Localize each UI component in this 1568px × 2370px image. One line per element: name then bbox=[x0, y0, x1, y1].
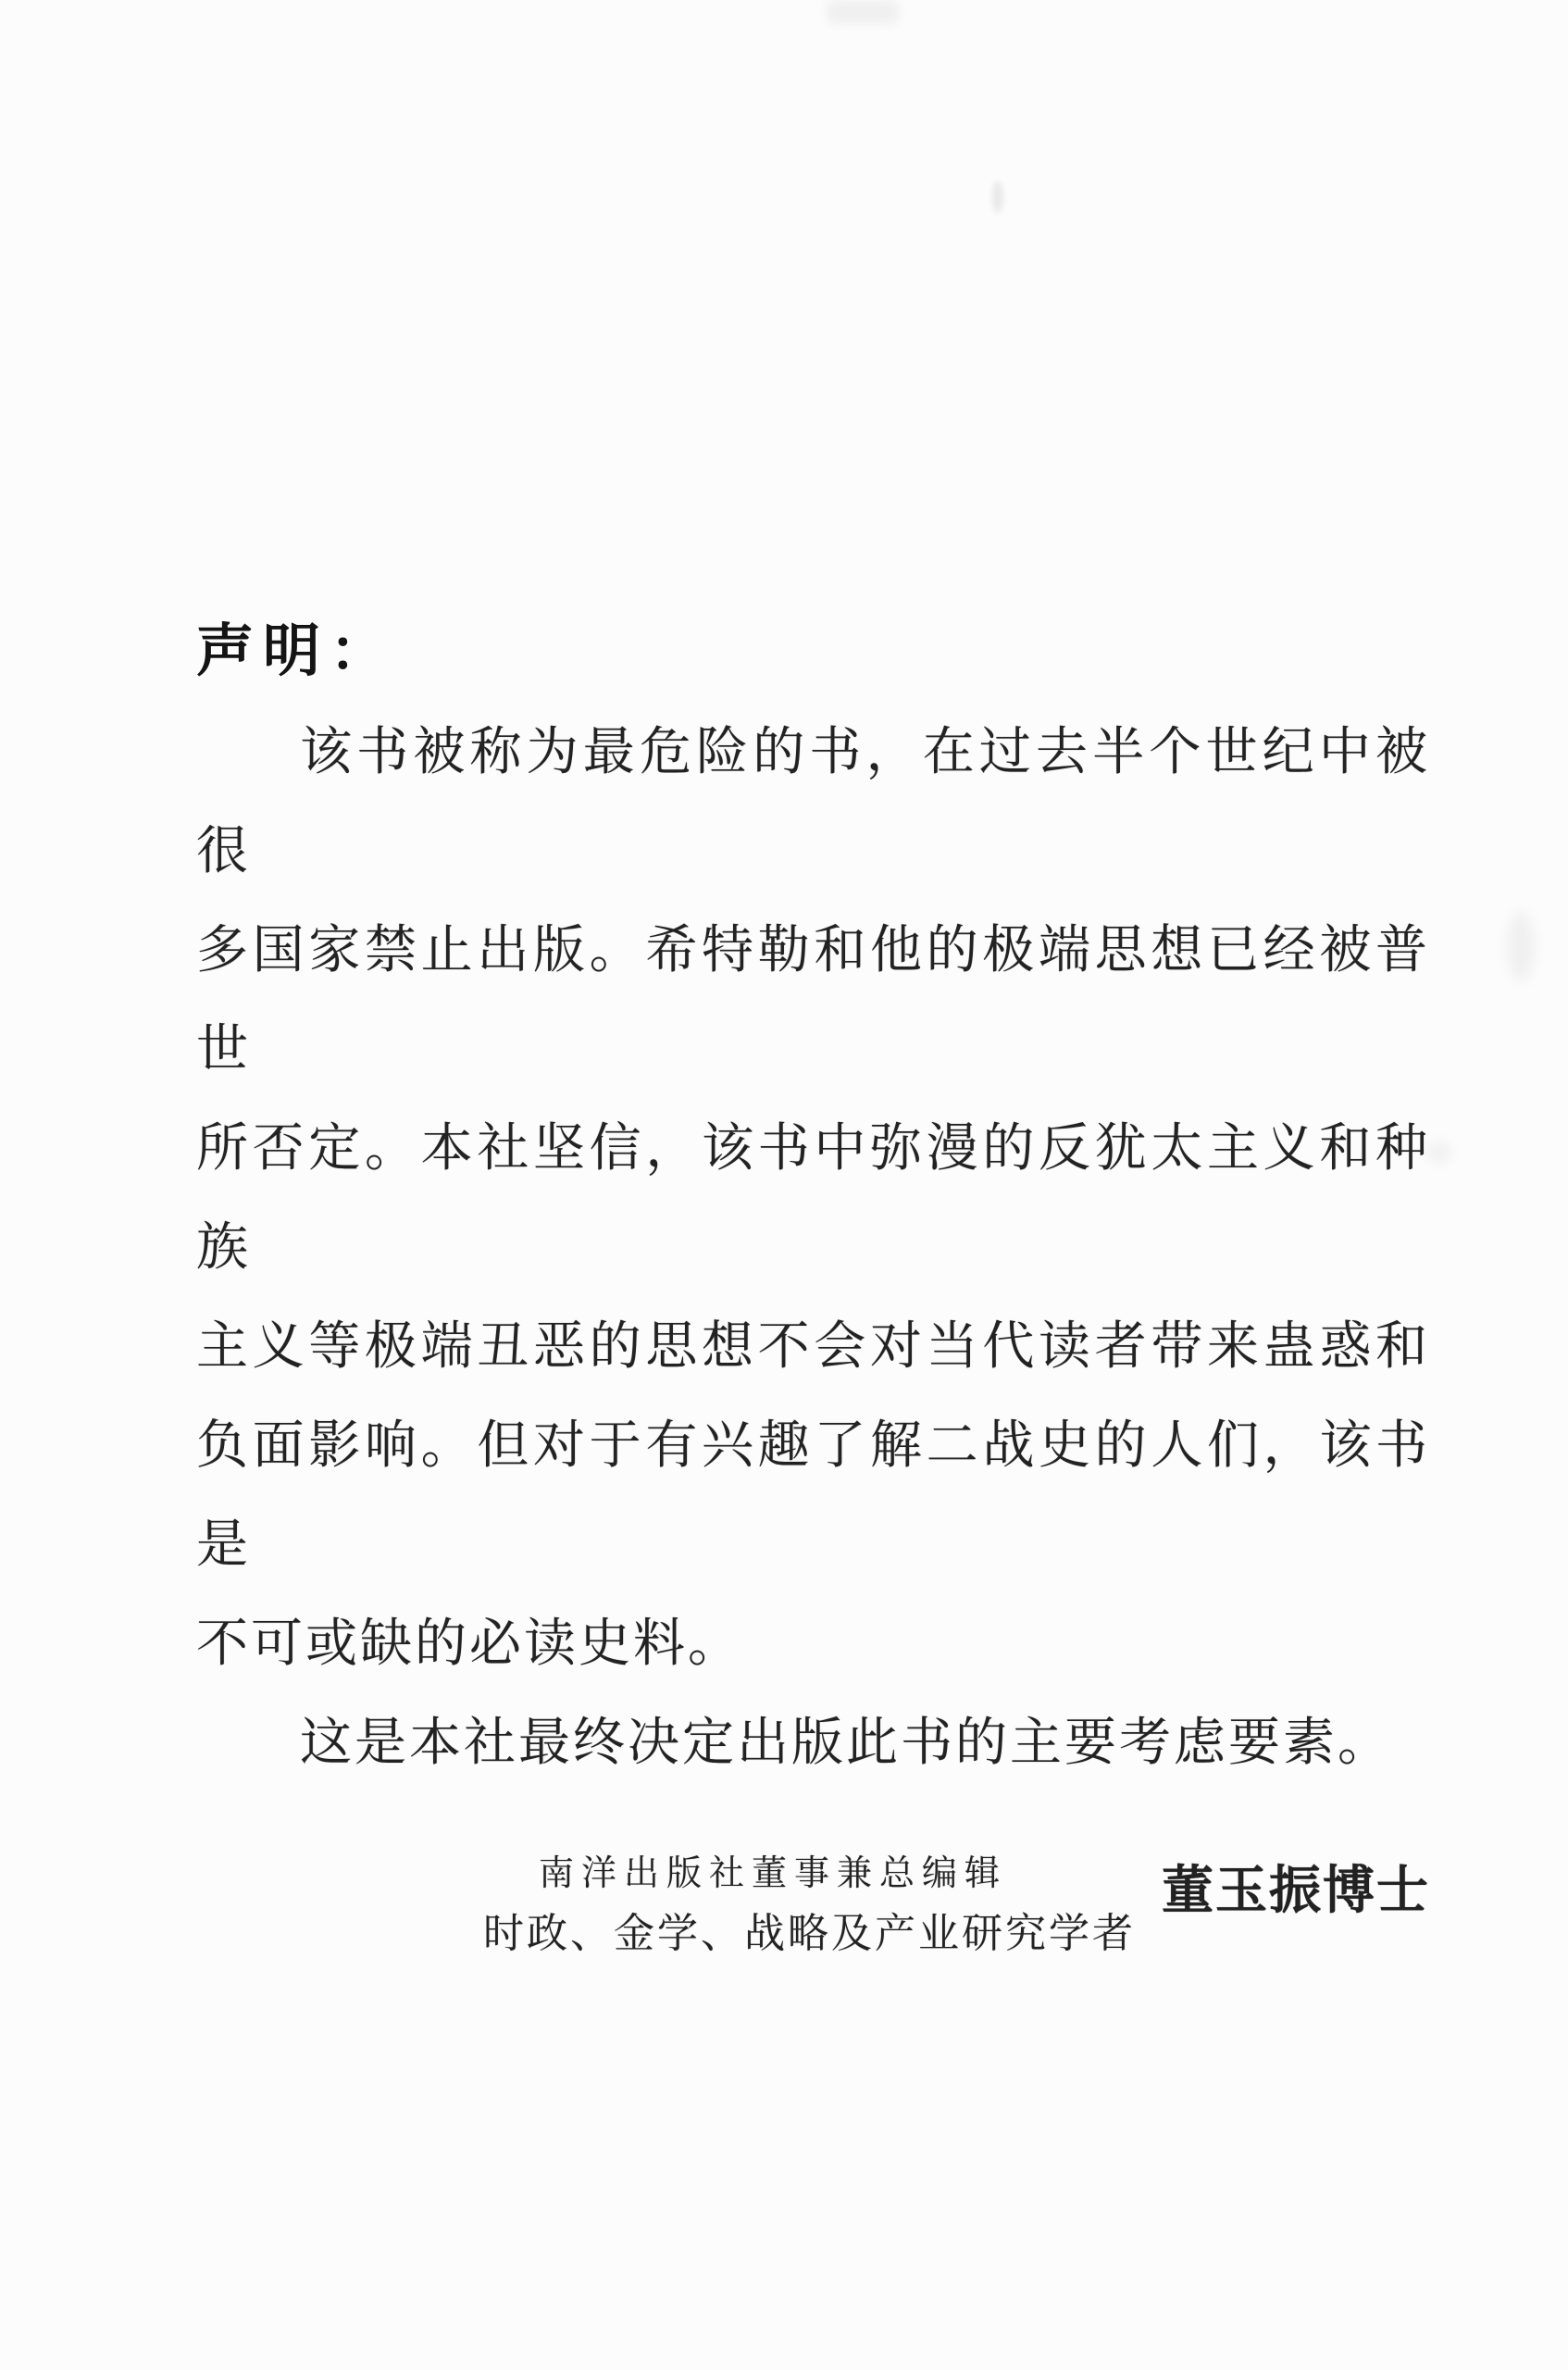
scan-artifact bbox=[992, 181, 1003, 213]
paragraph2-line-1: 这是本社最终决定出版此书的主要考虑要素。 bbox=[196, 1694, 1430, 1793]
statement-heading: 声明： bbox=[196, 618, 1430, 685]
scan-artifact bbox=[827, 0, 899, 24]
scan-artifact bbox=[1427, 1141, 1451, 1165]
scan-artifact bbox=[1507, 912, 1535, 981]
paragraph1-line-2: 多国家禁止出版。希特勒和他的极端思想已经被普世 bbox=[196, 902, 1430, 1100]
paragraph1-line-6: 不可或缺的必读史料。 bbox=[196, 1595, 1430, 1694]
paragraph1-line-1: 该书被称为最危险的书，在过去半个世纪中被很 bbox=[196, 704, 1430, 902]
signature-block: 南洋出版社董事兼总编辑 时政、金学、战略及产业研究学者 董玉振博士 bbox=[196, 1851, 1430, 1958]
statement-content: 声明： 该书被称为最危险的书，在过去半个世纪中被很 多国家禁止出版。希特勒和他的… bbox=[196, 618, 1430, 1958]
scholar-title: 时政、金学、战略及产业研究学者 bbox=[483, 1910, 1136, 1958]
signature-titles: 南洋出版社董事兼总编辑 时政、金学、战略及产业研究学者 bbox=[483, 1851, 1136, 1958]
paragraph1-line-5: 负面影响。但对于有兴趣了解二战史的人们，该书是 bbox=[196, 1397, 1430, 1595]
paragraph1-line-4: 主义等极端丑恶的思想不会对当代读者带来蛊惑和 bbox=[196, 1298, 1430, 1397]
paragraph1-line-3: 所否定。本社坚信，该书中弥漫的反犹太主义和种族 bbox=[196, 1100, 1430, 1298]
statement-body: 该书被称为最危险的书，在过去半个世纪中被很 多国家禁止出版。希特勒和他的极端思想… bbox=[196, 704, 1430, 1793]
scanned-book-page: 声明： 该书被称为最危险的书，在过去半个世纪中被很 多国家禁止出版。希特勒和他的… bbox=[0, 0, 1568, 2370]
publisher-editor-title: 南洋出版社董事兼总编辑 bbox=[539, 1852, 1007, 1895]
signatory-name: 董玉振博士 bbox=[1162, 1862, 1430, 1921]
